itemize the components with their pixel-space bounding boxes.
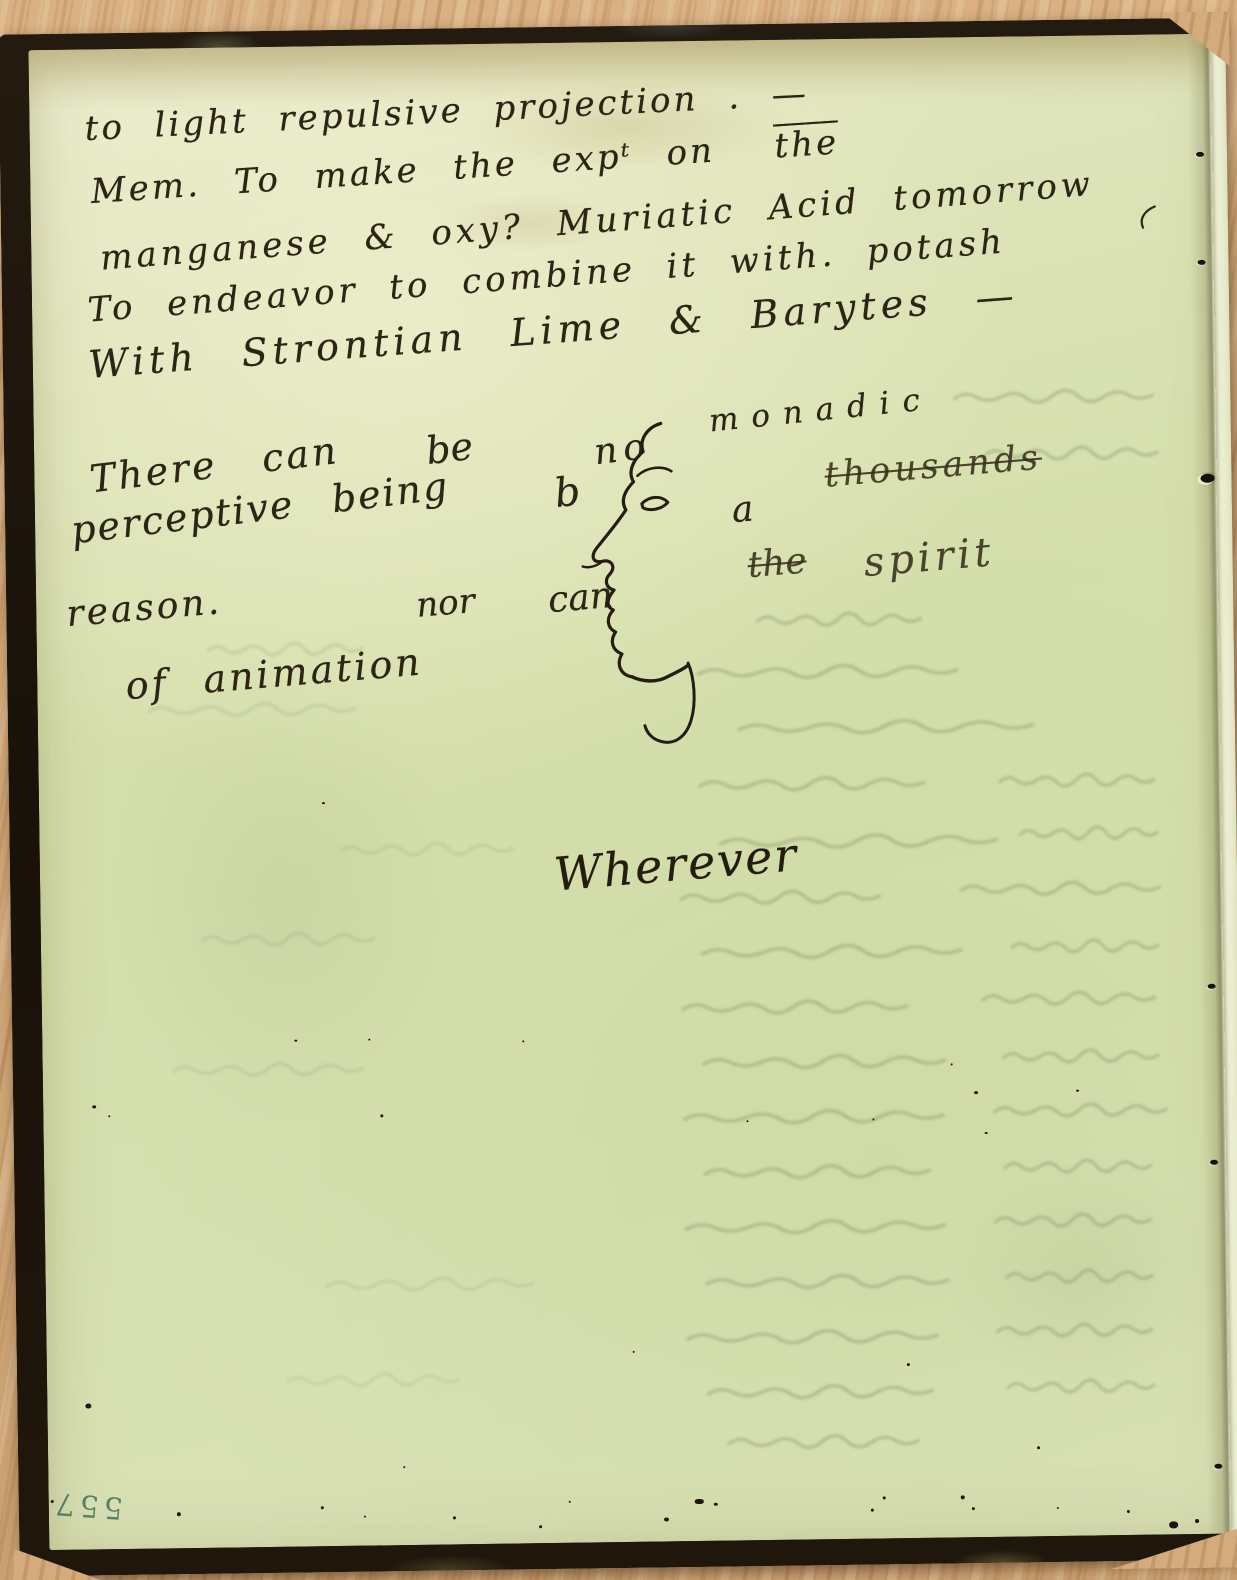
note-word-spirit: spirit [862,532,996,583]
ink-speck [403,1466,405,1468]
ink-speck [695,1499,704,1504]
ink-speck [961,1495,965,1499]
ink-speck [985,1132,988,1134]
photo-of-notebook: { "notebook_page": { "memo_block": { "li… [0,0,1237,1580]
ink-speck [1057,1507,1059,1509]
ink-speck [972,1507,975,1510]
notebook: to light repulsive projection . — Mem. T… [0,18,1237,1577]
inverted-page-number: 557 [50,1485,125,1525]
note-word-nor: nor [415,584,476,623]
ink-speck [539,1525,542,1528]
ink-speck [907,1363,910,1366]
ink-speck [1037,1446,1040,1449]
ink-speck [322,802,325,804]
ink-speck [1169,1521,1178,1528]
ink-speck [974,1091,978,1094]
ink-speck [951,1063,953,1065]
ink-speck [321,1506,324,1509]
ink-speck [569,1501,571,1503]
ink-speck [872,1119,874,1121]
face-profile-doodle [577,418,742,750]
note-word-the-struck: the [746,543,808,584]
struck-word-the: the [773,122,840,166]
ink-speck [108,1115,110,1117]
ink-speck [294,1040,297,1042]
ink-speck [380,1114,383,1117]
ink-speck [51,1500,54,1503]
stray-ink-mark [1135,204,1157,230]
note-word-be: be [424,427,475,470]
ink-speck [714,1503,718,1506]
ink-speck [871,1509,874,1512]
ink-speck [664,1517,669,1521]
ink-speck [1127,1510,1130,1513]
ink-speck [746,1120,748,1122]
ink-speck [1076,1090,1079,1092]
ink-speck [522,1040,524,1042]
ink-speck [633,1351,635,1353]
ink-speck [883,1496,886,1499]
ink-speck [92,1105,96,1108]
ink-speck [364,1516,366,1518]
notebook-page: to light repulsive projection . — Mem. T… [28,34,1237,1551]
ink-speck [453,1516,456,1519]
ink-speck [1195,1519,1199,1523]
ink-speck [85,1403,91,1408]
ink-speck [368,1039,370,1041]
ink-speck [177,1512,181,1516]
